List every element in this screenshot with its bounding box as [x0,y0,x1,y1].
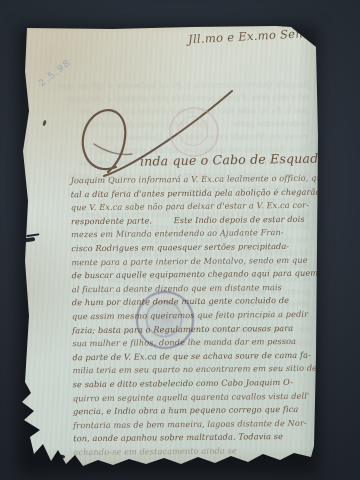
embossed-seal [169,107,219,157]
photo-background: Joaquim Quirro informará a V. Ex.ca leal… [0,0,360,480]
purple-ink-stamp-inner-ring [146,301,182,337]
manuscript-paper: Joaquim Quirro informará a V. Ex.ca leal… [12,16,322,474]
manuscript-line: achando-se em destacamento ainda se [73,444,313,460]
purple-ink-stamp [136,291,194,349]
embossed-seal-inner-ring [178,116,208,146]
